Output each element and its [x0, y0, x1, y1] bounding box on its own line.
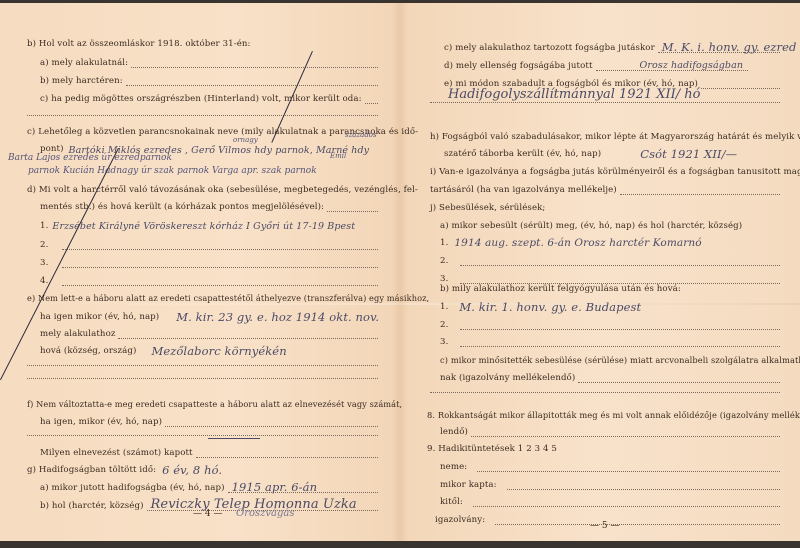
field-9-from[interactable]: kitől:	[440, 497, 780, 507]
label: c) mely alakulathoz tartozott fogságba j…	[444, 43, 655, 53]
input-line[interactable]	[131, 58, 378, 68]
input-line[interactable]: 1914 aug. szept. 6-án Orosz harctér Koma…	[451, 239, 780, 248]
input-line[interactable]	[620, 185, 780, 195]
label: mikor kapta:	[440, 480, 497, 490]
blank-line[interactable]	[27, 115, 378, 116]
question-i-label: i) Van-e igazolványa a fogságba jutás kö…	[430, 167, 800, 177]
input-line[interactable]	[365, 94, 378, 104]
page-number: — 5 —	[590, 521, 619, 531]
question-j-c-label: c) mikor minősitették sebesülése (sérülé…	[440, 355, 800, 365]
blank-line[interactable]	[27, 435, 378, 436]
question-8-label: 8. Rokkantságát mikor állapitották meg é…	[427, 410, 800, 420]
label: d) Mi volt a harctérről való távozásának…	[27, 185, 418, 195]
input-line[interactable]	[126, 76, 378, 86]
input-line[interactable]	[196, 448, 378, 458]
field-e-where[interactable]: hová (község, ország)Mezőlaborc környéké…	[40, 346, 378, 356]
input-line[interactable]: Csót 1921 XII/—	[604, 150, 780, 159]
field-j-b-item-3[interactable]: 3.	[440, 337, 780, 347]
label: g) Hadifogságban töltött idő:	[27, 465, 156, 475]
right-page: c) mely alakulathoz tartozott fogságba j…	[400, 3, 800, 541]
field-8-disability[interactable]: lendő)	[440, 427, 780, 437]
label: b) mily alakulathoz került felgyógyulása…	[440, 284, 681, 294]
handwritten-value: 1915 apr. 6-án	[232, 480, 318, 494]
handwritten-annotation: ornagy	[233, 136, 258, 144]
field-e-when[interactable]: ha igen mikor (év, hó, nap)M. kir. 23 gy…	[40, 312, 378, 322]
input-line[interactable]: 6 év, 8 hó.	[156, 466, 246, 475]
question-j-b-label: b) mily alakulathoz került felgyógyulása…	[440, 284, 681, 294]
label: mely alakulathoz	[40, 329, 115, 339]
label: hová (község, ország)	[40, 346, 136, 356]
label: a) mikor sebesült (sérült) meg, (év, hó,…	[440, 221, 742, 231]
input-line[interactable]	[471, 427, 780, 437]
question-e-label: e) Nem lett-e a háboru alatt az eredeti …	[27, 293, 429, 303]
input-line[interactable]	[460, 337, 780, 347]
question-9-label: 9. Hadikitüntetések 1 2 3 4 5	[427, 444, 557, 454]
field-9-type[interactable]: neme:	[440, 462, 780, 472]
field-g-duration[interactable]: g) Hadifogságban töltött idő:6 év, 8 hó.	[27, 465, 246, 475]
input-line[interactable]	[477, 462, 780, 472]
handwritten-annotation: Emil	[330, 152, 346, 160]
input-line[interactable]	[578, 373, 780, 383]
field-j-b-item-1[interactable]: 1.M. kir. 1. honv. gy. e. Budapest	[440, 302, 780, 312]
input-line[interactable]	[62, 276, 378, 286]
label: Milyen elnevezést (számot) kapott	[40, 448, 193, 458]
field-d-item-4[interactable]: 4.	[40, 276, 378, 286]
left-page: b) Hol volt az összeomláskor 1918. októb…	[0, 3, 400, 541]
label: igazolvány:	[435, 515, 485, 525]
input-line[interactable]: Orosz hadifogságban	[596, 61, 749, 71]
label: ha igen mikor (év, hó, nap)	[40, 312, 159, 322]
question-j-a-label: a) mikor sebesült (sérült) meg, (év, hó,…	[440, 221, 742, 231]
label: a) mely alakulatnál:	[40, 58, 128, 68]
label: j) Sebesülések, sérülések;	[430, 203, 545, 213]
question-j-label: j) Sebesülések, sérülések;	[430, 203, 545, 213]
field-j-a-item-3[interactable]: 3.	[440, 274, 780, 284]
blank-line[interactable]	[430, 392, 780, 393]
label: e) Nem lett-e a háboru alatt az eredeti …	[27, 293, 429, 303]
handwritten-annotation: Oroszvágás	[236, 508, 295, 519]
item-number: 1.	[440, 238, 448, 248]
input-line[interactable]	[701, 79, 780, 89]
label: nak (igazolvány mellékelendő)	[440, 373, 575, 383]
blank-line[interactable]	[27, 378, 378, 379]
input-line[interactable]	[460, 274, 780, 284]
input-line[interactable]: Erzsébet Királyné Vöröskereszt kórház I …	[51, 222, 378, 231]
field-j-a-item-2[interactable]: 2.	[440, 256, 780, 266]
handwritten-value: parnok Kucián Hadnagy úr szak parnok Var…	[28, 166, 317, 176]
input-line[interactable]: M. K. i. honv. gy. ezred	[658, 43, 780, 53]
handwritten-value: Erzsébet Királyné Vöröskereszt kórház I …	[52, 221, 355, 232]
label: h) Fogságból való szabadulásakor, mikor …	[430, 132, 800, 142]
label: lendő)	[440, 427, 468, 437]
label: kitől:	[440, 497, 463, 507]
item-number: 1.	[40, 221, 48, 231]
question-b-heading: b) Hol volt az összeomláskor 1918. októb…	[27, 39, 251, 49]
field-j-a-item-1[interactable]: 1.1914 aug. szept. 6-án Orosz harctér Ko…	[440, 238, 780, 248]
item-number: 2.	[40, 240, 48, 250]
form-sheet: b) Hol volt az összeomláskor 1918. októb…	[0, 3, 800, 541]
input-line[interactable]	[495, 515, 780, 525]
label: b) hol (harctér, község)	[40, 501, 144, 511]
label: neme:	[440, 462, 467, 472]
label: b) mely harctéren:	[40, 76, 123, 86]
item-number: 1.	[440, 302, 448, 312]
label: tartásáról (ha van igazolványa mellékelj…	[430, 185, 617, 195]
handwritten-value: M. kir. 1. honv. gy. e. Budapest	[459, 300, 641, 314]
field-d-item-2[interactable]: 2.	[40, 240, 378, 250]
field-b-unit[interactable]: a) mely alakulatnál:	[40, 58, 378, 68]
field-e-release-value[interactable]: Hadifogolyszállítmánnyal 1921 XII/ hó	[430, 102, 780, 103]
item-number: 2.	[440, 256, 448, 266]
field-b-hinterland[interactable]: c) ha pedig mögöttes országrészben (Hint…	[40, 94, 378, 104]
label: a) mikor jutott hadifogságba (év, hó, na…	[40, 483, 225, 493]
field-c-captured-unit[interactable]: c) mely alakulathoz tartozott fogságba j…	[444, 43, 780, 53]
field-g-when[interactable]: a) mikor jutott hadifogságba (év, hó, na…	[40, 483, 378, 493]
handwritten-value: M. K. i. honv. gy. ezred	[662, 40, 797, 54]
question-f-label: f) Nem változtatta-e meg eredeti csapatt…	[27, 399, 402, 409]
handwritten-value: Barta Lajos ezredes úr ezredparnok	[8, 153, 172, 163]
handwritten-value: Orosz hadifogságban	[640, 60, 744, 71]
handwritten-value: Csót 1921 XII/—	[640, 147, 737, 161]
label: c) mikor minősitették sebesülése (sérülé…	[440, 355, 800, 365]
handwritten-value: 6 év, 8 hó.	[162, 463, 222, 477]
label: f) Nem változtatta-e meg eredeti csapatt…	[27, 399, 402, 409]
label: c) ha pedig mögöttes országrészben (Hint…	[40, 94, 362, 104]
input-line[interactable]	[507, 480, 780, 490]
handwritten-value: 1914 aug. szept. 6-án Orosz harctér Koma…	[454, 237, 701, 249]
input-line[interactable]	[62, 240, 378, 250]
label: d) mely ellenség fogságába jutott	[444, 61, 593, 71]
input-line[interactable]	[327, 202, 378, 212]
field-f-new-name[interactable]: Milyen elnevezést (számot) kapott	[40, 448, 378, 458]
field-i-certificate[interactable]: tartásáról (ha van igazolványa mellékelj…	[430, 185, 780, 195]
page-number: — 4 —	[193, 509, 222, 519]
input-line[interactable]	[165, 417, 378, 427]
label: 9. Hadikitüntetések 1 2 3 4 5	[427, 444, 557, 454]
handwritten-value: Mezőlaborc környékén	[151, 344, 286, 358]
input-line[interactable]: M. kir. 23 gy. e. hoz 1914 okt. nov.	[162, 313, 378, 322]
label: b) Hol volt az összeomláskor 1918. októb…	[27, 39, 251, 49]
input-line[interactable]	[473, 497, 780, 507]
field-f-when[interactable]: ha igen, mikor (év, hó, nap)	[40, 417, 378, 427]
input-line[interactable]	[460, 256, 780, 266]
blank-line[interactable]	[27, 365, 378, 366]
field-d-item-1[interactable]: 1.Erzsébet Királyné Vöröskereszt kórház …	[40, 221, 378, 231]
handwritten-annotation: százados	[345, 131, 377, 139]
field-j-b-item-2[interactable]: 2.	[440, 320, 780, 330]
label: ha igen, mikor (év, hó, nap)	[40, 417, 162, 427]
label: 8. Rokkantságát mikor állapitották meg é…	[427, 410, 800, 420]
field-9-received[interactable]: mikor kapta:	[440, 480, 780, 490]
handwritten-value: Hadifogolyszállítmánnyal 1921 XII/ hó	[448, 87, 700, 102]
item-number: 3.	[440, 337, 448, 347]
field-e-unit[interactable]: mely alakulathoz	[40, 329, 378, 339]
label: mentés stb.) és hová került (a kórházak …	[40, 202, 324, 212]
question-h-label: h) Fogságból való szabadulásakor, mikor …	[430, 132, 800, 142]
field-j-c-unfit[interactable]: nak (igazolvány mellékelendő)	[440, 373, 780, 383]
item-number: 2.	[440, 320, 448, 330]
field-b-front[interactable]: b) mely harctéren:	[40, 76, 378, 86]
label: i) Van-e igazolványa a fogságba jutás kö…	[430, 167, 800, 177]
field-h-return[interactable]: szatérő táborba került (év, hó, nap)Csót…	[444, 149, 780, 159]
item-number: 3.	[440, 274, 448, 284]
input-line[interactable]	[62, 258, 378, 268]
item-number: 3.	[40, 258, 48, 268]
input-line[interactable]	[460, 320, 780, 330]
handwritten-value: M. kir. 23 gy. e. hoz 1914 okt. nov.	[176, 310, 379, 324]
field-d-enemy[interactable]: d) mely ellenség fogságába jutottOrosz h…	[444, 61, 748, 71]
input-line[interactable]	[118, 329, 378, 339]
input-line[interactable]: Mezőlaborc környékén	[139, 347, 378, 356]
handwritten-dash	[208, 438, 260, 439]
input-line[interactable]: M. kir. 1. honv. gy. e. Budapest	[451, 303, 780, 312]
question-d-label: d) Mi volt a harctérről való távozásának…	[27, 185, 418, 195]
field-d-item-3[interactable]: 3.	[40, 258, 378, 268]
label: szatérő táborba került (év, hó, nap)	[444, 149, 601, 159]
input-line[interactable]: 1915 apr. 6-án	[228, 483, 378, 493]
